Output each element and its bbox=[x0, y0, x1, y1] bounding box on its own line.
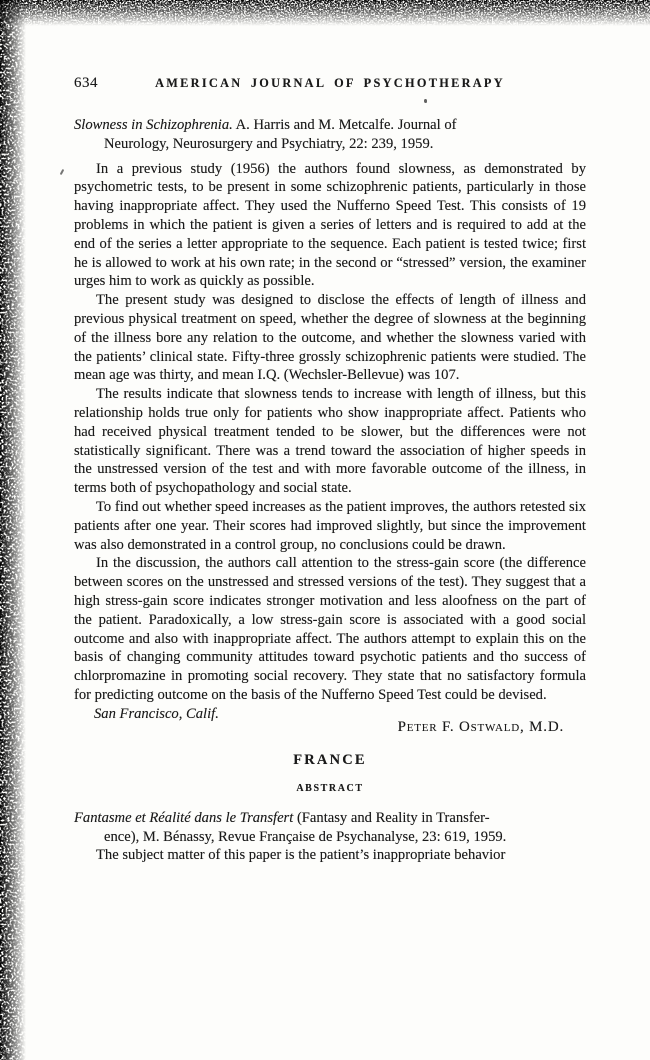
scanned-page: 634 AMERICAN JOURNAL OF PSYCHOTHERAPY Sl… bbox=[0, 0, 650, 1060]
scan-artifact bbox=[60, 169, 65, 175]
abstract-paragraph-4: To find out whether speed increases as t… bbox=[74, 498, 586, 554]
abstract-paragraph-2: The present study was designed to disclo… bbox=[74, 291, 586, 385]
citation-translation: (Fantasy and Reality in Transfer- bbox=[293, 810, 489, 826]
citation-source: ence), M. Bénassy, Revue Française de Ps… bbox=[74, 828, 586, 847]
abstract-paragraph-3: The results indicate that slowness tends… bbox=[74, 385, 586, 498]
abstract-paragraph-5: In the discussion, the authors call atte… bbox=[74, 554, 586, 704]
citation-line-1: Fantasme et Réalité dans le Transfert (F… bbox=[74, 809, 586, 828]
scan-noise-left-edge bbox=[0, 0, 26, 1060]
abstract-subheading: ABSTRACT bbox=[74, 780, 586, 799]
section-heading-france: FRANCE bbox=[74, 751, 586, 770]
citation-line-1: Slowness in Schizophrenia. A. Harris and… bbox=[74, 116, 586, 135]
journal-title: AMERICAN JOURNAL OF PSYCHOTHERAPY bbox=[155, 76, 505, 90]
citation-article-title: Fantasme et Réalité dans le Transfert bbox=[74, 810, 293, 826]
article-citation: Slowness in Schizophrenia. A. Harris and… bbox=[74, 116, 586, 154]
next-article-citation: Fantasme et Réalité dans le Transfert (F… bbox=[74, 809, 586, 847]
citation-article-title: Slowness in Schizophrenia. bbox=[74, 117, 233, 133]
citation-authors: A. Harris and M. Metcalfe. Journal of bbox=[233, 117, 457, 133]
citation-source: Neurology, Neurosurgery and Psychiatry, … bbox=[74, 135, 586, 154]
abstract-paragraph-1: In a previous study (1956) the authors f… bbox=[74, 160, 586, 292]
page-header: 634 AMERICAN JOURNAL OF PSYCHOTHERAPY bbox=[74, 74, 586, 91]
page-number: 634 bbox=[74, 74, 98, 93]
next-article-first-line: The subject matter of this paper is the … bbox=[74, 846, 586, 865]
page-content: 634 AMERICAN JOURNAL OF PSYCHOTHERAPY Sl… bbox=[74, 0, 586, 865]
